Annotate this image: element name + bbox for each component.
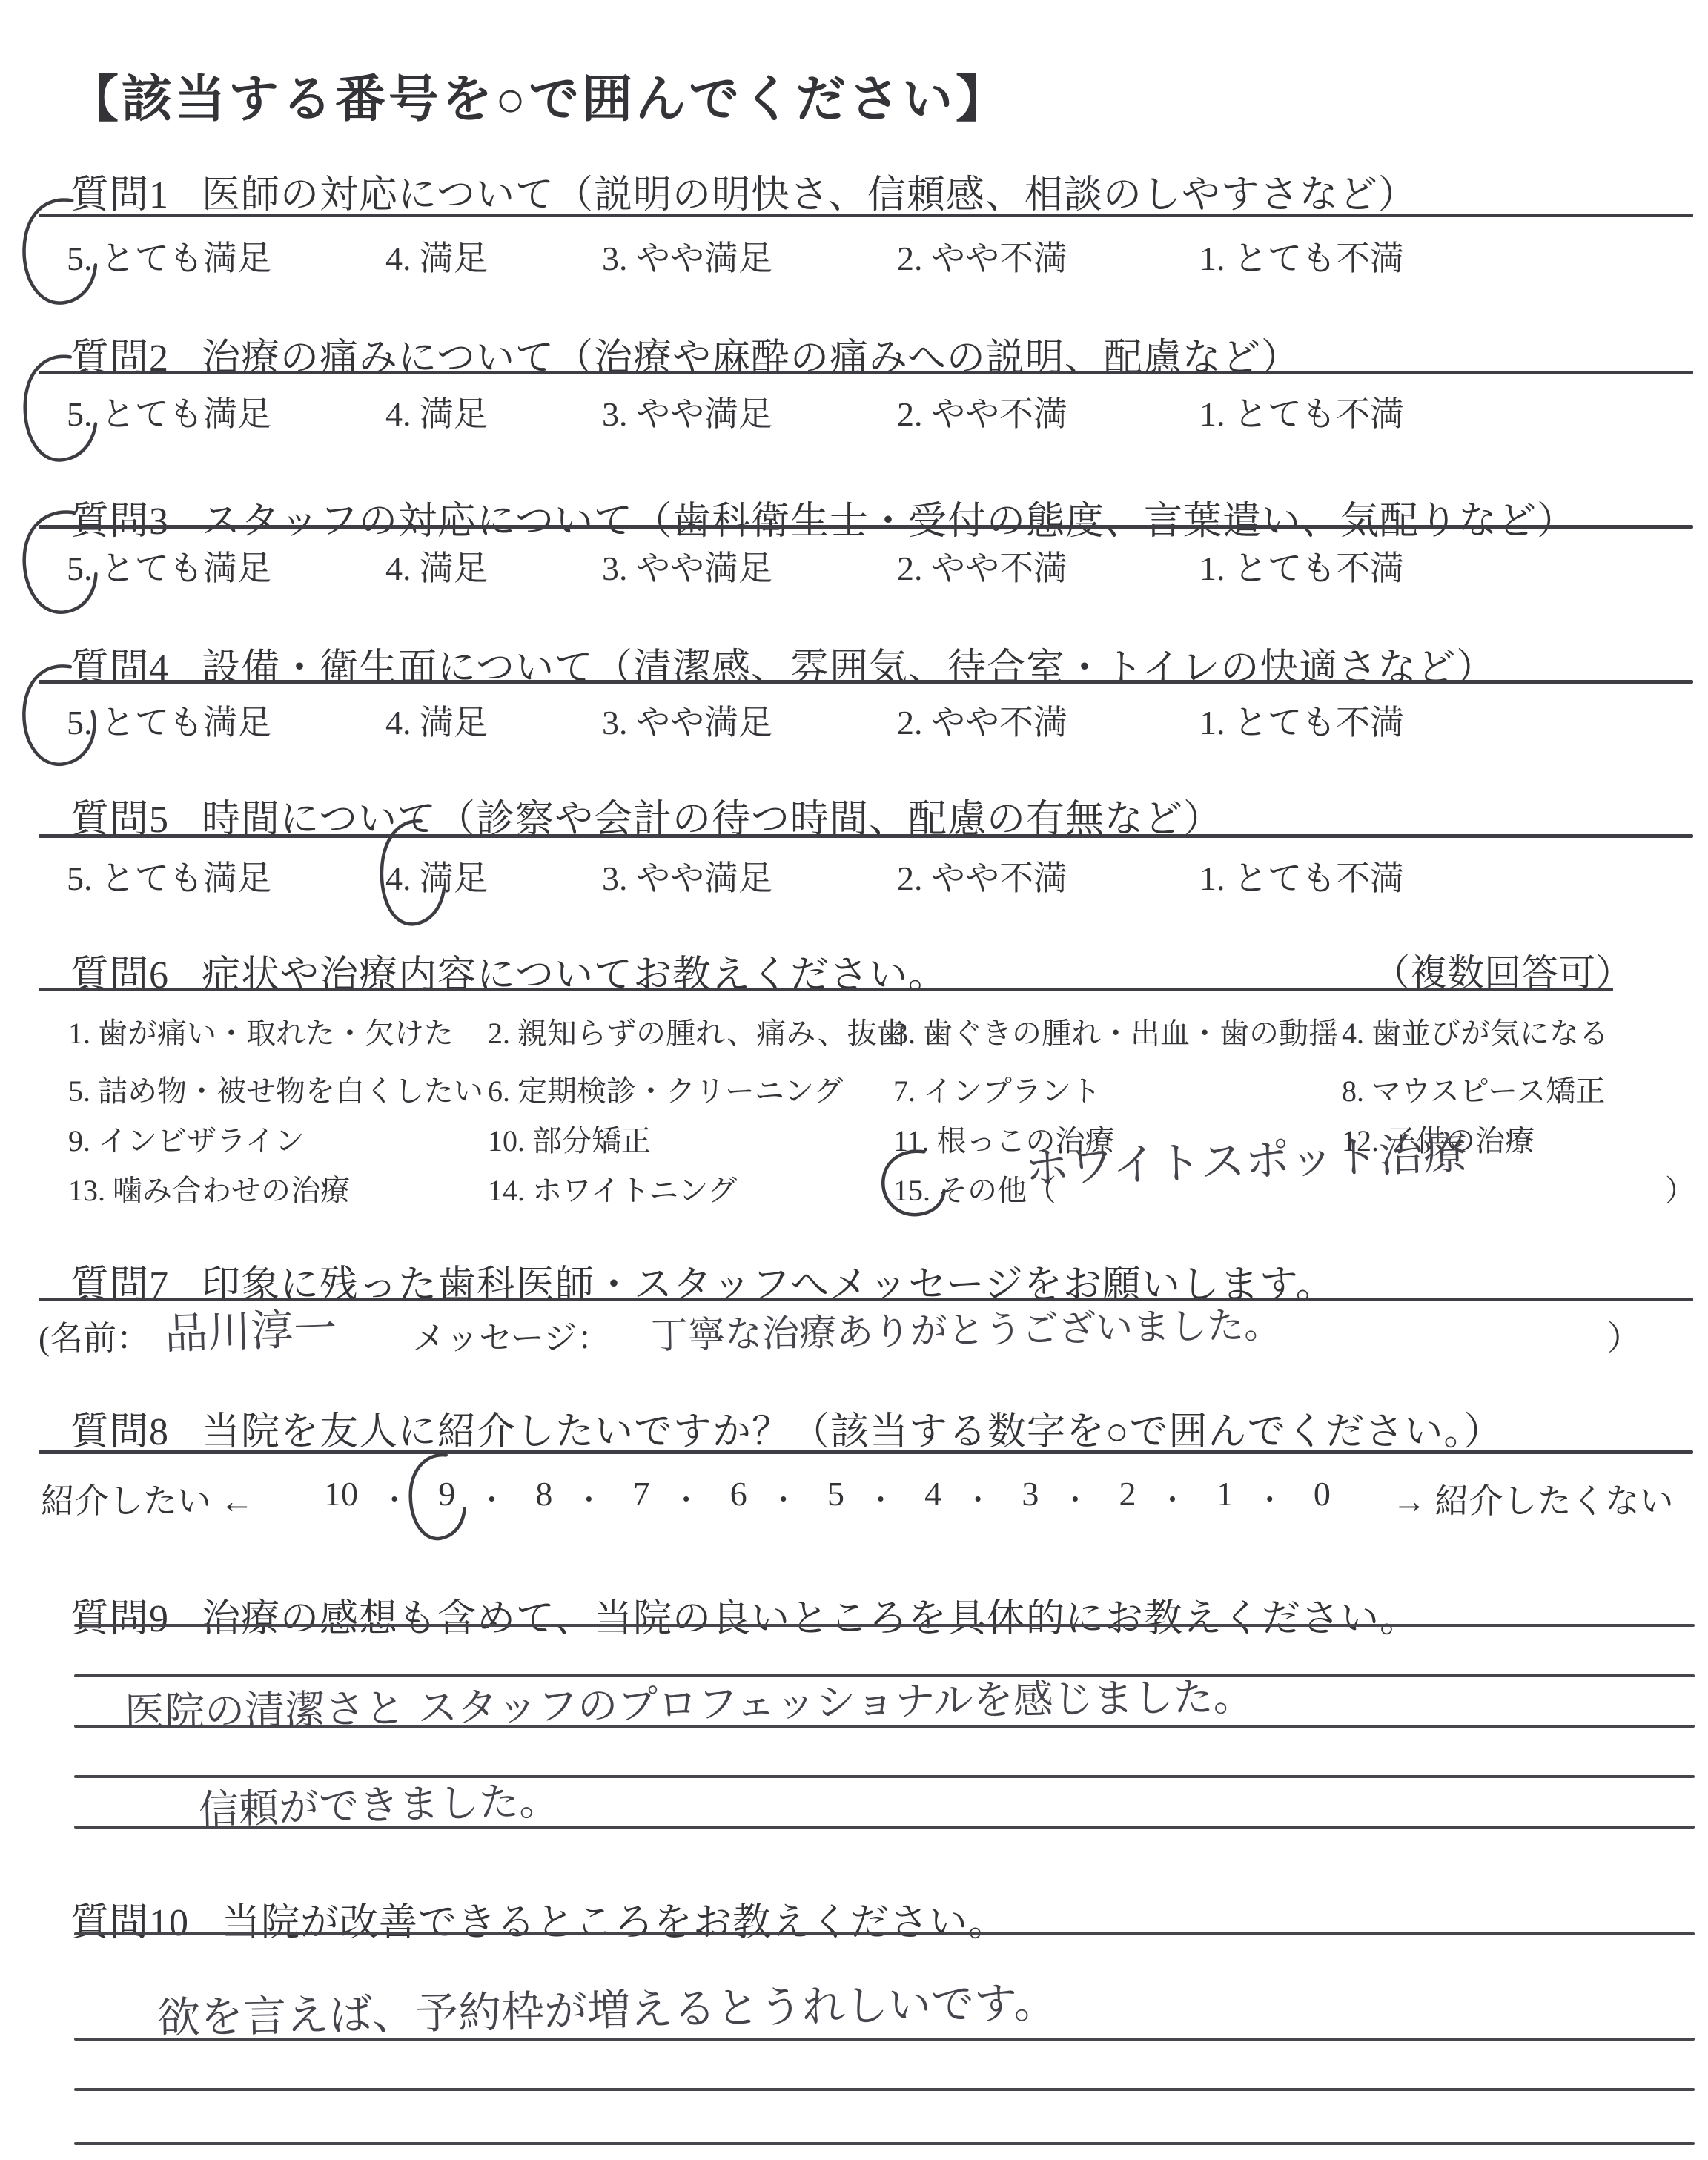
q10-answer-handwritten-1: 欲を言えば、予約枠が増えるとうれしいです。	[156, 1967, 1057, 2045]
q4-options: 5. とても満足 4. 満足 3. やや満足 2. やや不満 1. とても不満	[0, 696, 1708, 743]
q10-header: 質問10当院が改善できるところをお教えください。	[70, 1891, 1007, 1946]
q2-divider	[39, 371, 1693, 374]
q4-option-3: 3. やや満足	[602, 696, 772, 744]
q5-circle-stroke	[382, 821, 444, 924]
q8-title: 当院を友人に紹介したいですか？（該当する数字を○で囲んでください。）	[202, 1411, 1503, 1453]
q5-option-3: 3. やや満足	[602, 851, 772, 900]
page-title: 【該当する番号を○で囲んでください】	[68, 59, 1009, 131]
q6-circle-stroke	[883, 1152, 944, 1215]
q5-option-1: 1. とても不満	[1199, 851, 1404, 900]
q1-options: 5. とても満足 4. 満足 3. やや満足 2. やや不満 1. とても不満	[0, 231, 1708, 279]
q8-number-4: 4	[924, 1474, 941, 1513]
q6-option-1: 1. 歯が痛い・取れた・欠けた	[68, 1010, 454, 1052]
q7-name-handwritten: 品川淳一	[164, 1293, 338, 1361]
q2-option-2: 2. やや不満	[897, 387, 1067, 436]
q6-option-5: 5. 詰め物・被せ物を白くしたい	[68, 1068, 483, 1110]
q8-answer-circle	[405, 1452, 476, 1542]
q5-option-5: 5. とても満足	[67, 851, 271, 900]
q9-answer-handwritten-2: 信頼ができました。	[198, 1769, 560, 1836]
q2-option-4: 4. 満足	[385, 387, 488, 436]
q6-divider	[39, 988, 1613, 991]
q6-option-14: 14. ホワイトニング	[488, 1167, 737, 1209]
q1-divider	[39, 214, 1693, 217]
q6-other-closing-paren: ）	[1665, 1167, 1695, 1209]
q10-answer-line-4	[74, 2142, 1695, 2145]
q8-number-6: 6	[730, 1474, 747, 1513]
q8-number-8: 8	[535, 1474, 552, 1513]
q8-number-0: 0	[1314, 1474, 1331, 1513]
q4-divider	[39, 680, 1693, 684]
q8-label: 質問8	[70, 1411, 169, 1453]
q7-message-label: メッセージ：	[412, 1311, 610, 1359]
q8-number-2: 2	[1119, 1474, 1136, 1513]
q6-option-13: 13. 噛み合わせの治療	[68, 1167, 350, 1209]
q3-option-4: 4. 満足	[385, 541, 488, 590]
q6-option-9: 9. インビザライン	[68, 1117, 305, 1160]
q8-number-10: 10	[324, 1474, 358, 1513]
q8-scale-right-label: → 紹介したくない	[1392, 1474, 1674, 1523]
q6-option-6: 6. 定期検診・クリーニング	[488, 1068, 843, 1110]
q8-scale-left-label: 紹介したい ←	[41, 1474, 254, 1523]
q1-title: 医師の対応について（説明の明快さ、信頼感、相談のしやすさなど）	[202, 174, 1417, 217]
q7-closing-paren: ）	[1607, 1311, 1641, 1359]
q1-option-4: 4. 満足	[385, 231, 488, 280]
q8-number-3: 3	[1022, 1474, 1039, 1513]
q8-number-1: 1	[1217, 1474, 1234, 1513]
q8-circle-stroke	[411, 1455, 465, 1539]
q6-option-8: 8. マウスピース矯正	[1342, 1068, 1605, 1110]
q3-answer-circle	[18, 507, 110, 618]
q10-answer-line-3	[74, 2088, 1695, 2091]
q2-circle-stroke	[25, 357, 96, 460]
q3-title: スタッフの対応について（歯科衛生士・受付の態度、言葉遣い、気配りなど）	[202, 501, 1576, 543]
q2-option-3: 3. やや満足	[602, 387, 772, 436]
q1-header: 質問1医師の対応について（説明の明快さ、信頼感、相談のしやすさなど）	[70, 163, 1417, 219]
q8-number-7: 7	[633, 1474, 650, 1513]
q4-circle-stroke	[24, 666, 94, 764]
q3-option-2: 2. やや不満	[897, 541, 1067, 590]
q7-name-label: (名前：	[39, 1311, 150, 1359]
q3-option-1: 1. とても不満	[1199, 541, 1404, 590]
q5-divider	[39, 834, 1693, 838]
q1-option-3: 3. やや満足	[602, 231, 772, 280]
q1-option-2: 2. やや不満	[897, 231, 1067, 280]
q3-divider	[39, 525, 1693, 529]
q4-option-4: 4. 満足	[385, 696, 488, 744]
q3-options: 5. とても満足 4. 満足 3. やや満足 2. やや不満 1. とても不満	[0, 541, 1708, 589]
q8-header: 質問8当院を友人に紹介したいですか？（該当する数字を○で囲んでください。）	[70, 1400, 1503, 1456]
q2-answer-circle	[18, 353, 108, 466]
q9-answer-line-1	[74, 1624, 1695, 1627]
q8-number-5: 5	[827, 1474, 844, 1513]
q10-title: 当院が改善できるところをお教えください。	[222, 1902, 1007, 1944]
q9-label: 質問9	[70, 1598, 169, 1640]
q5-answer-circle	[375, 818, 458, 931]
q1-circle-stroke	[24, 200, 95, 303]
q3-circle-stroke	[24, 512, 96, 612]
q6-answer-circle	[878, 1148, 955, 1218]
q5-option-2: 2. やや不満	[897, 851, 1067, 900]
q8-divider	[39, 1450, 1693, 1454]
q9-header: 質問9治療の感想も含めて、当院の良いところを具体的にお教えください。	[70, 1587, 1419, 1642]
q4-option-1: 1. とても不満	[1199, 696, 1404, 744]
q4-answer-circle	[18, 662, 107, 770]
q6-option-2: 2. 親知らずの腫れ、痛み、抜歯	[488, 1010, 907, 1052]
q9-title: 治療の感想も含めて、当院の良いところを具体的にお教えください。	[202, 1598, 1419, 1640]
q2-option-1: 1. とても不満	[1199, 387, 1404, 436]
q3-option-3: 3. やや満足	[602, 541, 772, 590]
survey-sheet: 【該当する番号を○で囲んでください】 質問1医師の対応について（説明の明快さ、信…	[0, 0, 1708, 2160]
q6-option-4: 4. 歯並びが気になる	[1342, 1010, 1609, 1052]
q7-message-handwritten: 丁寧な治療ありがとうございました。	[650, 1295, 1281, 1360]
q10-answer-line-1	[74, 1932, 1695, 1935]
q3-header: 質問3スタッフの対応について（歯科衛生士・受付の態度、言葉遣い、気配りなど）	[70, 489, 1576, 545]
q4-option-2: 2. やや不満	[897, 696, 1067, 744]
q6-option-7: 7. インプラント	[893, 1068, 1101, 1110]
q10-label: 質問10	[70, 1902, 189, 1944]
q6-option-3: 3. 歯ぐきの腫れ・出血・歯の動揺	[893, 1010, 1338, 1052]
q1-option-1: 1. とても不満	[1199, 231, 1404, 280]
q6-option-10: 10. 部分矯正	[488, 1117, 651, 1160]
q1-answer-circle	[18, 196, 108, 308]
q5-options: 5. とても満足 4. 満足 3. やや満足 2. やや不満 1. とても不満	[0, 851, 1708, 899]
q2-options: 5. とても満足 4. 満足 3. やや満足 2. やや不満 1. とても不満	[0, 387, 1708, 435]
